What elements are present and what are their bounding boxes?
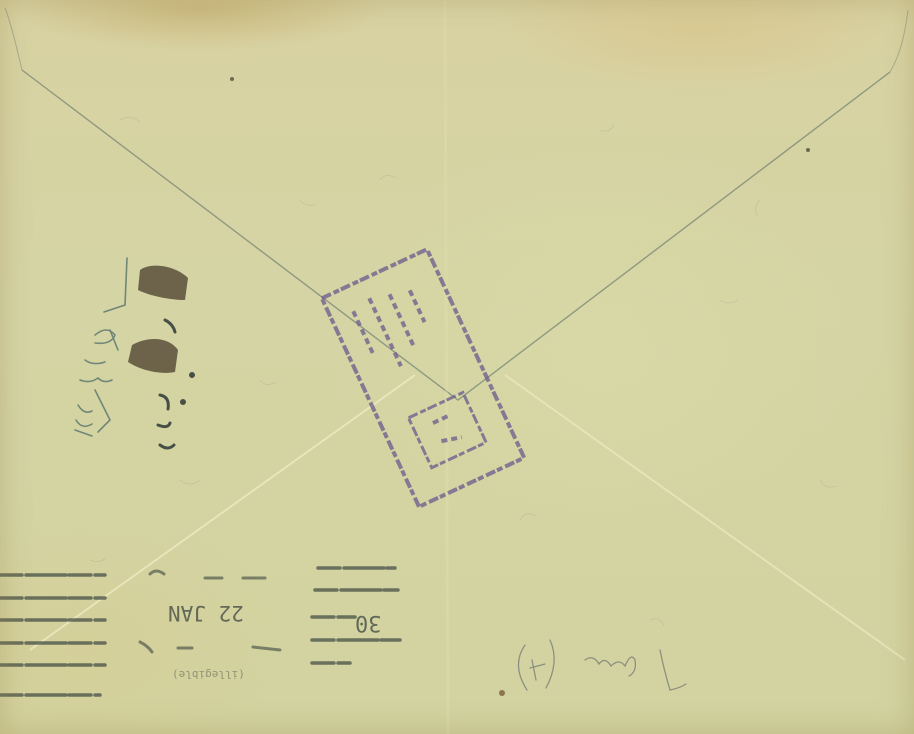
envelope-back: (illegible script) 22 JAN 30 (illegible): [0, 0, 914, 734]
pencil-note-marks: [0, 0, 914, 734]
